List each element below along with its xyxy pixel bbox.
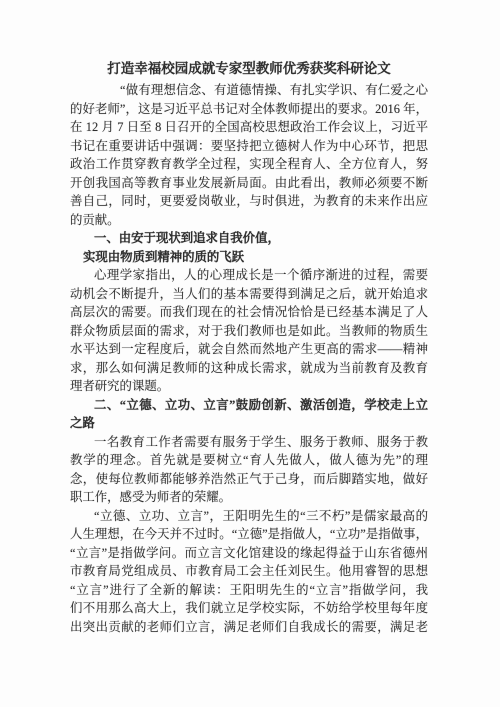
text-line: 求，那么如何满足教师的这种成长需求，就成为当前教育及教育管 xyxy=(70,359,428,378)
section-heading-line: 一、由安于现状到追求自我价值， xyxy=(70,229,428,248)
section-heading-line: 之路 xyxy=(70,414,428,433)
text-line: 政治工作贯穿教育教学全过程，实现全程育人、全方位育人，努力 xyxy=(70,155,428,174)
section-heading-line: 二、“立德、立功、立言”鼓励创新、激活创造，学校走上立言 xyxy=(70,396,428,415)
text-line: “立德、立功、立言”，王阳明先生的“三不朽”是儒家最高的 xyxy=(70,507,428,526)
document-page: 打造幸福校园成就专家型教师优秀获奖科研论文 “做有理想信念、有道德情操、有扎实学… xyxy=(0,0,500,707)
text-line: 群众物质层面的需求，对于我们教师也是如此。当教师的物质生活 xyxy=(70,322,428,341)
text-line: 书记在重要讲话中强调：要坚持把立德树人作为中心环节，把思想 xyxy=(70,137,428,156)
text-line: 教学的理念。首先就是要树立“育人先做人，做人德为先”的理 xyxy=(70,451,428,470)
section-heading-line: 实现由物质到精神的质的飞跃 xyxy=(70,248,428,267)
text-line: 出突出贡献的老师们立言，满足老师们自我成长的需要，满足老师 xyxy=(70,618,428,637)
text-line: 高层次的需要。而我们现在的社会情况恰恰是已经基本满足了人民 xyxy=(70,303,428,322)
text-line: 水平达到一定程度后，就会自然而然地产生更高的需求——精神需 xyxy=(70,340,428,359)
text-line: 一名教育工作者需要有服务于学生、服务于教师、服务于教育 xyxy=(70,433,428,452)
text-line: 的贡献。 xyxy=(70,211,428,230)
text-line: 念，使每位教师都能够养浩然正气于己身，而后脚踏实地，做好本 xyxy=(70,470,428,489)
text-line: 市教育局党组成员、市教育局工会主任刘民生。他用睿智的思想對 xyxy=(70,562,428,581)
text-line: “立言”是指做学问。而立言文化馆建设的缘起得益于山东省德州 xyxy=(70,544,428,563)
text-line: 开创我国高等教育事业发展新局面。由此看出，教师必须要不断完 xyxy=(70,174,428,193)
text-line: 理者研究的课题。 xyxy=(70,377,428,396)
text-line: 们不用那么高大上，我们就立足学校实际，不妨给学校里每年度做 xyxy=(70,599,428,618)
text-line: 人生理想，在今天并不过时。“立德”是指做人，“立功”是指做事， xyxy=(70,525,428,544)
text-line: “立言”进行了全新的解读：王阳明先生的“立言”指做学问，我 xyxy=(70,581,428,600)
text-line: 在 12 月 7 日至 8 日召开的全国高校思想政治工作会议上，习近平总 xyxy=(70,118,428,137)
document-title: 打造幸福校园成就专家型教师优秀获奖科研论文 xyxy=(70,59,428,78)
text-line: 动机会不断提升，当人们的基本需要得到满足之后，就开始追求更 xyxy=(70,285,428,304)
text-line: “做有理想信念、有道德情操、有扎实学识、有仁爱之心 xyxy=(70,81,428,100)
text-line: 善自己，同时，更要爱岗敬业，与时俱进，为教育的未来作出应有 xyxy=(70,192,428,211)
text-line: 职工作，感受为师者的荣耀。 xyxy=(70,488,428,507)
text-line: 的好老师”，这是习近平总书记对全体教师提出的要求。2016 年， xyxy=(70,100,428,119)
text-line: 心理学家指出，人的心理成长是一个循序渐进的过程，需要和 xyxy=(70,266,428,285)
